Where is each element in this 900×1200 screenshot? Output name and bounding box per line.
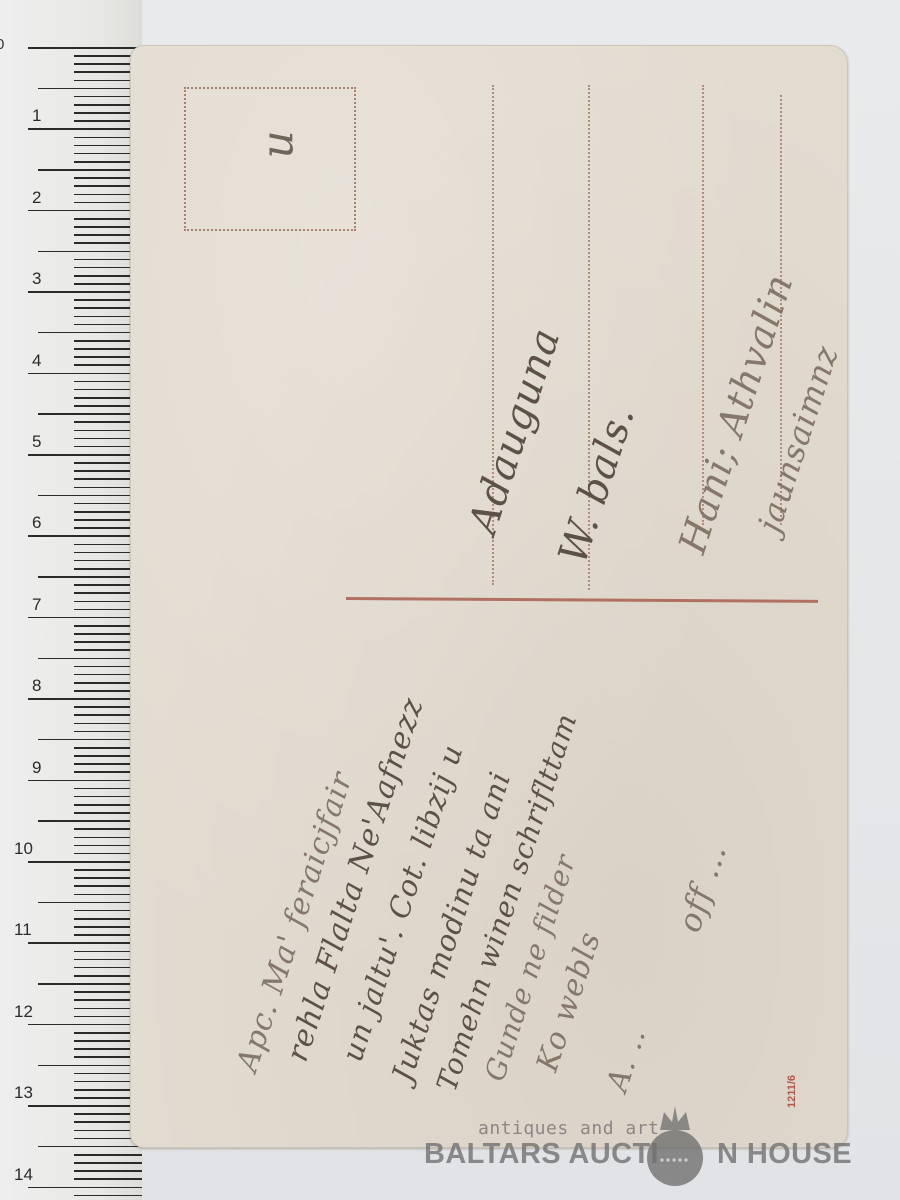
ruler-tick [38, 88, 142, 90]
ruler-tick [28, 373, 142, 375]
ruler-cm-label: 3 [32, 269, 41, 289]
ruler-tick [38, 495, 142, 497]
ruler-tick [28, 128, 142, 130]
ruler-cm-label: 10 [14, 839, 33, 859]
message-line-9: off ... [670, 839, 734, 937]
watermark-tagline: antiques and art [478, 1118, 659, 1139]
ruler-tick [74, 1162, 142, 1164]
ruler-tick [28, 47, 142, 49]
ruler-tick [74, 1178, 142, 1180]
print-code: 1211/6 [786, 1075, 798, 1108]
ruler-cm-label: 12 [14, 1002, 33, 1022]
ruler-cm-label: 4 [32, 351, 41, 371]
ruler-tick [38, 169, 142, 171]
ruler-tick [38, 413, 142, 415]
ruler-tick [38, 251, 142, 253]
stamp-placeholder-box: u [184, 87, 356, 231]
ruler-tick [74, 1154, 142, 1156]
ruler-tick [74, 1170, 142, 1172]
ruler-tick [38, 1146, 142, 1148]
ruler-tick [38, 658, 142, 660]
address-text-1: Adauguna [460, 322, 570, 539]
ruler-tick [28, 780, 142, 782]
ruler-tick [28, 1187, 142, 1189]
ruler-cm-label: 1 [32, 106, 41, 126]
ruler-cm-label: 9 [32, 758, 41, 778]
ruler-tick [28, 291, 142, 293]
ruler-cm-label: 6 [32, 513, 41, 533]
ruler-tick [38, 983, 142, 985]
ruler-tick [38, 576, 142, 578]
ruler-tick [74, 1195, 142, 1197]
measuring-ruler: 0 1234567891011121314 [0, 0, 142, 1200]
message-line-8: A. .. [600, 1023, 653, 1095]
watermark-brand-right: N HOUSE [717, 1138, 852, 1170]
address-text-2: W. bals. [550, 400, 644, 569]
center-divider-line [346, 597, 818, 603]
ruler-tick [38, 332, 142, 334]
ruler-tick [28, 535, 142, 537]
ruler-tick [28, 1105, 142, 1107]
ruler-tick [28, 210, 142, 212]
ruler-tick [38, 820, 142, 822]
ruler-tick [28, 698, 142, 700]
ruler-tick [38, 1065, 142, 1067]
ruler-cm-label: 14 [14, 1165, 33, 1185]
stamp-box-handwritten-mark: u [253, 130, 304, 158]
ruler-tick [28, 942, 142, 944]
ruler-cm-label: 11 [14, 920, 32, 940]
ruler-tick [28, 861, 142, 863]
ruler-tick [38, 902, 142, 904]
ruler-tick [28, 454, 142, 456]
ruler-zero-label: 0 [0, 36, 4, 53]
ruler-cm-label: 2 [32, 188, 41, 208]
watermark-brand: BALTARS AUCTIN HOUSE [424, 1138, 852, 1171]
ruler-cm-label: 5 [32, 432, 41, 452]
watermark-brand-left: BALTARS AUCTI [424, 1138, 659, 1170]
ruler-cm-label: 7 [32, 595, 41, 615]
ruler-cm-label: 13 [14, 1083, 33, 1103]
ruler-tick [38, 739, 142, 741]
ruler-tick [28, 617, 142, 619]
ruler-tick [28, 1024, 142, 1026]
ruler-cm-label: 8 [32, 676, 41, 696]
postcard-back: u Adauguna W. bals. Hani; Athvalin jauns… [130, 45, 848, 1148]
